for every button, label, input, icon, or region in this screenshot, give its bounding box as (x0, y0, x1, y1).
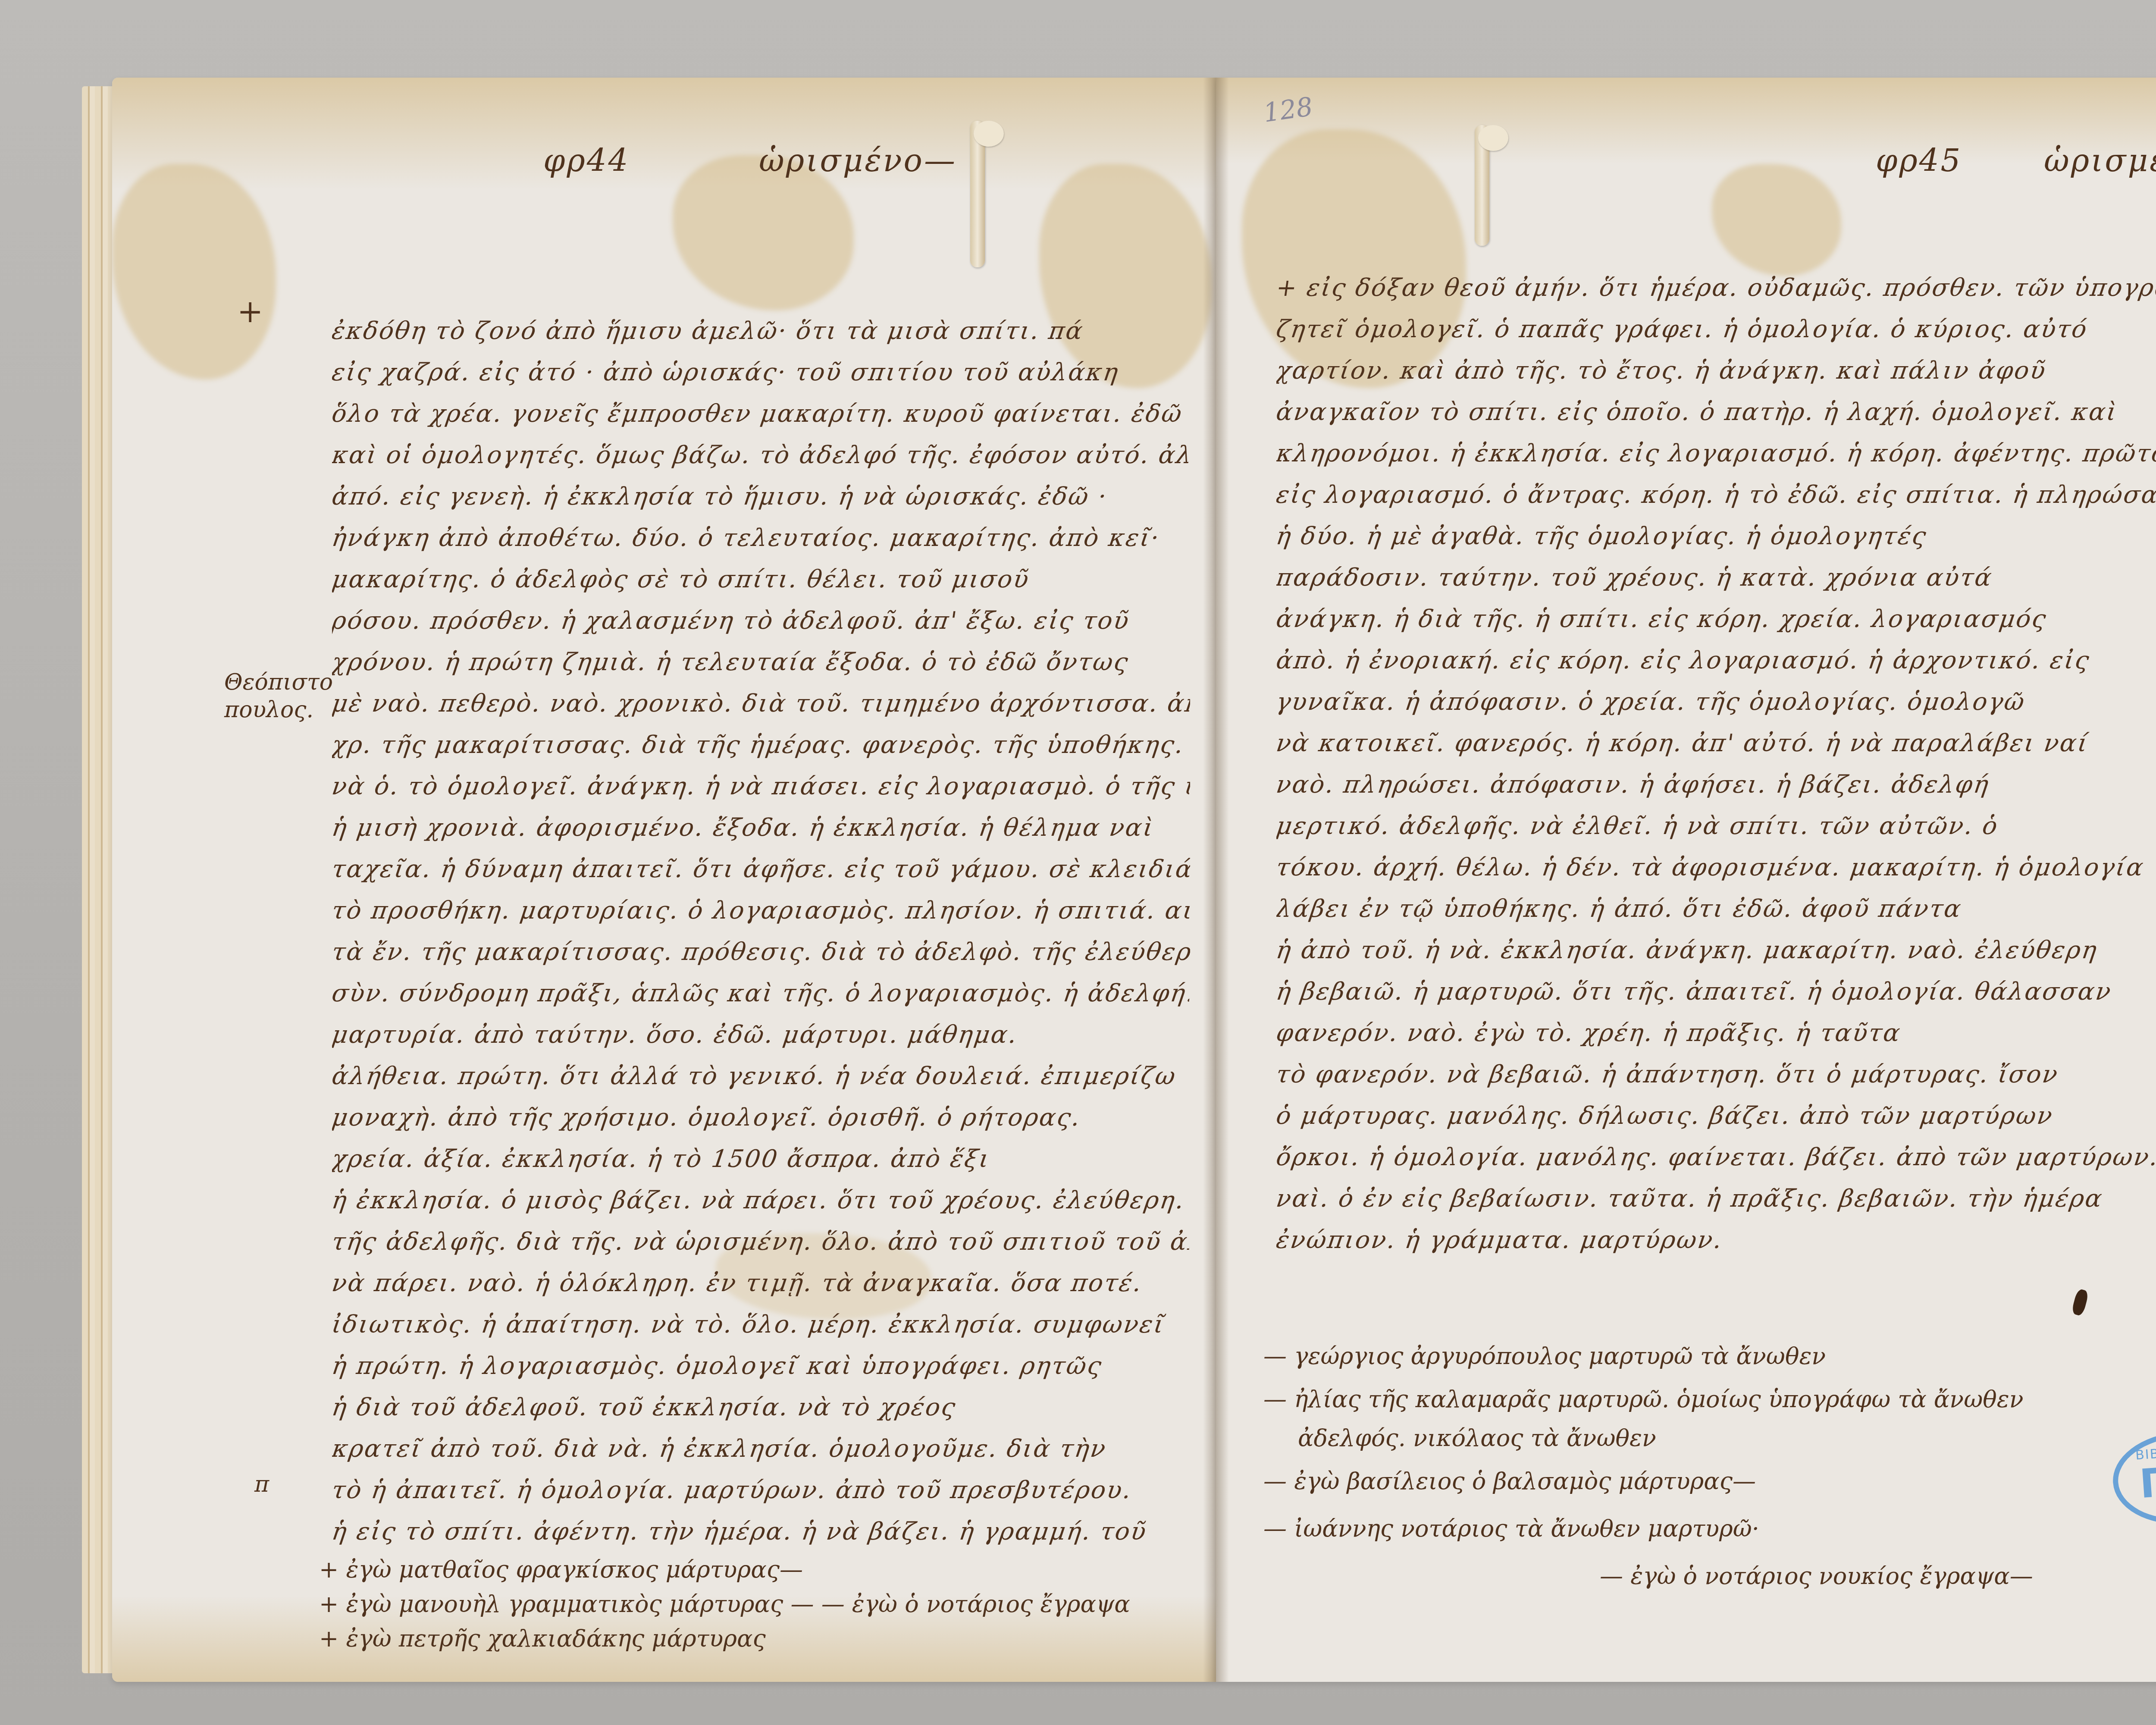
text-line: χαρτίον. καὶ ἀπὸ τῆς. τὸ ἔτος. ἡ ἀνάγκη.… (1276, 350, 2156, 392)
text-line: χρεία. ἀξία. ἐκκλησία. ἡ τὸ 1500 ἄσπρα. … (332, 1138, 1190, 1180)
text-line: μακαρίτης. ὁ ἀδελφὸς σὲ τὸ σπίτι. θέλει.… (332, 559, 1190, 600)
signature-line: — ἰωάννης νοτάριος τὰ ἄνωθεν μαρτυρῶ· (1263, 1505, 2156, 1552)
text-line: τῆς ἀδελφῆς. διὰ τῆς. νὰ ὡρισμένη. ὅλο. … (332, 1221, 1190, 1263)
text-line: χρ. τῆς μακαρίτισσας. διὰ τῆς ἡμέρας. φα… (332, 724, 1190, 766)
right-header-number: φρ45 (1876, 142, 1962, 179)
text-line: ἡ ἐκκλησία. ὁ μισὸς βάζει. νὰ πάρει. ὅτι… (332, 1180, 1190, 1221)
text-line: ἡ εἰς τὸ σπίτι. ἀφέντη. τὴν ἡμέρα. ἡ νὰ … (332, 1511, 1190, 1552)
text-line: ναὸ. πληρώσει. ἀπόφασιν. ἡ ἀφήσει. ἡ βάζ… (1276, 764, 2156, 806)
text-line: ρόσου. πρόσθεν. ἡ χαλασμένη τὸ ἀδελφοῦ. … (332, 600, 1190, 642)
text-line: + εἰς δόξαν θεοῦ ἀμήν. ὅτι ἡμέρα. οὐδαμῶ… (1276, 267, 2156, 309)
margin-note-line: πουλος. (224, 696, 333, 724)
left-body-text: ἐκδόθη τὸ ζονό ἀπὸ ἥμισυ ἀμελῶ· ὅτι τὰ μ… (332, 310, 1190, 1552)
margin-mark: π (254, 1471, 269, 1498)
water-stain (1712, 164, 1841, 276)
water-stain-top (112, 78, 1216, 190)
text-line: τὸ ἡ ἀπαιτεῖ. ἡ ὁμολογία. μαρτύρων. ἀπὸ … (332, 1470, 1190, 1511)
right-header-word: ὡρισμένο. (2044, 142, 2156, 179)
signature-line: — ἐγὼ ὁ νοτάριος νουκίος ἔγραψα— (1263, 1552, 2156, 1600)
text-line: ἠνάγκη ἀπὸ ἀποθέτω. δύο. ὁ τελευταίος. μ… (332, 517, 1190, 559)
text-line: ἀπὸ. ἡ ἐνοριακή. εἰς κόρη. εἰς λογαριασμ… (1276, 640, 2156, 681)
left-header-word: ὡρισμένο— (759, 142, 957, 179)
text-line: ζητεῖ ὁμολογεῖ. ὁ παπᾶς γράφει. ἡ ὁμολογ… (1276, 309, 2156, 350)
open-manuscript: φρ44 ὡρισμένο— + Θεόπιστο πουλος. π ἐκδό… (82, 78, 2156, 1690)
text-line: ναὶ. ὁ ἐν εἰς βεβαίωσιν. ταῦτα. ἡ πρᾶξις… (1276, 1178, 2156, 1220)
text-line: γυναῖκα. ἡ ἀπόφασιν. ὁ χρεία. τῆς ὁμολογ… (1276, 681, 2156, 723)
binding-thread (1475, 125, 1489, 246)
text-line: ὁ μάρτυρας. μανόλης. δήλωσις. βάζει. ἀπὸ… (1276, 1095, 2156, 1137)
text-line: ὄρκοι. ἡ ὁμολογία. μανόλης. φαίνεται. βά… (1276, 1137, 2156, 1178)
text-line: νὰ ὁ. τὸ ὁμολογεῖ. ἀνάγκη. ἡ νὰ πιάσει. … (332, 766, 1190, 807)
margin-note-line: Θεόπιστο (224, 668, 333, 696)
signature-line: — ἐγὼ βασίλειος ὁ βαλσαμὸς μάρτυρας— (1263, 1458, 2156, 1505)
text-line: νὰ πάρει. ναὸ. ἡ ὁλόκληρη. ἐν τιμῇ. τὰ ἀ… (332, 1263, 1190, 1304)
binding-thread (970, 121, 985, 267)
margin-note: Θεόπιστο πουλος. (224, 668, 333, 724)
text-line: ἐκδόθη τὸ ζονό ἀπὸ ἥμισυ ἀμελῶ· ὅτι τὰ μ… (332, 310, 1190, 352)
text-line: ἐνώπιον. ἡ γράμματα. μαρτύρων. (1276, 1220, 2156, 1261)
text-line: ἡ ἀπὸ τοῦ. ἡ νὰ. ἐκκλησία. ἀνάγκη. μακαρ… (1276, 930, 2156, 971)
signature-line: — γεώργιος ἀργυρόπουλος μαρτυρῶ τὰ ἄνωθε… (1263, 1333, 2156, 1380)
left-header-number: φρ44 (543, 142, 630, 179)
text-line: ἡ βεβαιῶ. ἡ μαρτυρῶ. ὅτι τῆς. ἀπαιτεῖ. ἡ… (1276, 971, 2156, 1013)
text-line: ἡ πρώτη. ἡ λογαριασμὸς. ὁμολογεῖ καὶ ὑπο… (332, 1345, 1190, 1387)
signature-line: ἀδελφός. νικόλαος τὰ ἄνωθεν (1263, 1419, 2156, 1458)
left-page: φρ44 ὡρισμένο— + Θεόπιστο πουλος. π ἐκδό… (112, 78, 1216, 1682)
right-body-text: + εἰς δόξαν θεοῦ ἀμήν. ὅτι ἡμέρα. οὐδαμῶ… (1276, 267, 2156, 1261)
water-stain (112, 164, 276, 379)
right-signatures: — γεώργιος ἀργυρόπουλος μαρτυρῶ τὰ ἄνωθε… (1263, 1333, 2156, 1600)
text-line: κρατεῖ ἀπὸ τοῦ. διὰ νὰ. ἡ ἐκκλησία. ὁμολ… (332, 1428, 1190, 1470)
text-line: λάβει ἐν τῷ ὑποθήκης. ἡ ἀπό. ὅτι ἐδῶ. ἀφ… (1276, 888, 2156, 930)
text-line: ἀνάγκη. ἡ διὰ τῆς. ἡ σπίτι. εἰς κόρη. χρ… (1276, 599, 2156, 640)
text-line: ἡ δύο. ἡ μὲ ἀγαθὰ. τῆς ὁμολογίας. ἡ ὁμολ… (1276, 516, 2156, 557)
signature-line: — ἠλίας τῆς καλαμαρᾶς μαρτυρῶ. ὁμοίως ὑπ… (1263, 1380, 2156, 1419)
text-line: κληρονόμοι. ἡ ἐκκλησία. εἰς λογαριασμό. … (1276, 433, 2156, 474)
text-line: μοναχὴ. ἀπὸ τῆς χρήσιμο. ὁμολογεῖ. ὁρισθ… (332, 1097, 1190, 1138)
signature-line: + ἐγὼ πετρῆς χαλκιαδάκης μάρτυρας (319, 1621, 1190, 1656)
text-line: παράδοσιν. ταύτην. τοῦ χρέους. ἡ κατὰ. χ… (1276, 557, 2156, 599)
text-line: τόκου. ἀρχή. θέλω. ἡ δέν. τὰ ἀφορισμένα.… (1276, 847, 2156, 888)
text-line: τὸ προσθήκη. μαρτυρίαις. ὁ λογαριασμὸς. … (332, 890, 1190, 931)
text-line: ὅλο τὰ χρέα. γονεῖς ἔμπροσθεν μακαρίτη. … (332, 393, 1190, 435)
text-line: καὶ οἱ ὁμολογητές. ὅμως βάζω. τὸ ἀδελφό … (332, 435, 1190, 476)
text-line: εἰς λογαριασμό. ὁ ἄντρας. κόρη. ἡ τὸ ἐδῶ… (1276, 474, 2156, 516)
text-line: ἰδιωτικὸς. ἡ ἀπαίτηση. νὰ τὸ. ὅλο. μέρη.… (332, 1304, 1190, 1345)
text-line: ἡ μισὴ χρονιὰ. ἀφορισμένο. ἔξοδα. ἡ ἐκκλ… (332, 807, 1190, 849)
left-signatures: + ἐγὼ ματθαῖος φραγκίσκος μάρτυρας— + ἐγ… (319, 1552, 1190, 1656)
opening-cross: + (237, 293, 263, 329)
signature-line: + ἐγὼ μανουὴλ γραμματικὸς μάρτυρας — — ἐ… (319, 1587, 1190, 1621)
text-line: ἀπό. εἰς γενεὴ. ἡ ἐκκλησία τὸ ἥμισυ. ἡ ν… (332, 476, 1190, 517)
text-line: μὲ ναὸ. πεθερὸ. ναὸ. χρονικὸ. διὰ τοῦ. τ… (332, 683, 1190, 724)
book-gutter (1203, 78, 1229, 1682)
text-line: σὺν. σύνδρομη πρᾶξι, ἁπλῶς καὶ τῆς. ὁ λο… (332, 973, 1190, 1014)
text-line: τὸ φανερόν. νὰ βεβαιῶ. ἡ ἀπάντηση. ὅτι ὁ… (1276, 1054, 2156, 1095)
right-page: 128 φρ45 ὡρισμένο. + εἰς δόξαν θεοῦ ἀμήν… (1216, 78, 2156, 1682)
text-line: ἀλήθεια. πρώτη. ὅτι ἀλλά τὸ γενικό. ἡ νέ… (332, 1056, 1190, 1097)
text-line: ἡ διὰ τοῦ ἀδελφοῦ. τοῦ ἐκκλησία. νὰ τὸ χ… (332, 1387, 1190, 1428)
text-line: νὰ κατοικεῖ. φανερός. ἡ κόρη. ἀπ' αὐτό. … (1276, 723, 2156, 764)
ink-blot (2071, 1288, 2090, 1316)
text-line: μαρτυρία. ἀπὸ ταύτην. ὅσο. ἐδῶ. μάρτυρι.… (332, 1014, 1190, 1056)
text-line: τὰ ἔν. τῆς μακαρίτισσας. πρόθεσις. διὰ τ… (332, 931, 1190, 973)
text-line: ἀναγκαῖον τὸ σπίτι. εἰς ὁποῖο. ὁ πατὴρ. … (1276, 392, 2156, 433)
signature-line: + ἐγὼ ματθαῖος φραγκίσκος μάρτυρας— (319, 1552, 1190, 1587)
text-line: ταχεῖα. ἡ δύναμη ἀπαιτεῖ. ὅτι ἀφῆσε. εἰς… (332, 849, 1190, 890)
text-line: φανερόν. ναὸ. ἐγὼ τὸ. χρέη. ἡ πρᾶξις. ἡ … (1276, 1013, 2156, 1054)
text-line: εἰς χαζρά. εἰς ἀτό · ἀπὸ ὡρισκάς· τοῦ σπ… (332, 352, 1190, 393)
text-line: μερτικό. ἀδελφῆς. νὰ ἐλθεῖ. ἡ νὰ σπίτι. … (1276, 806, 2156, 847)
text-line: χρόνου. ἡ πρώτη ζημιὰ. ἡ τελευταία ἔξοδα… (332, 642, 1190, 683)
